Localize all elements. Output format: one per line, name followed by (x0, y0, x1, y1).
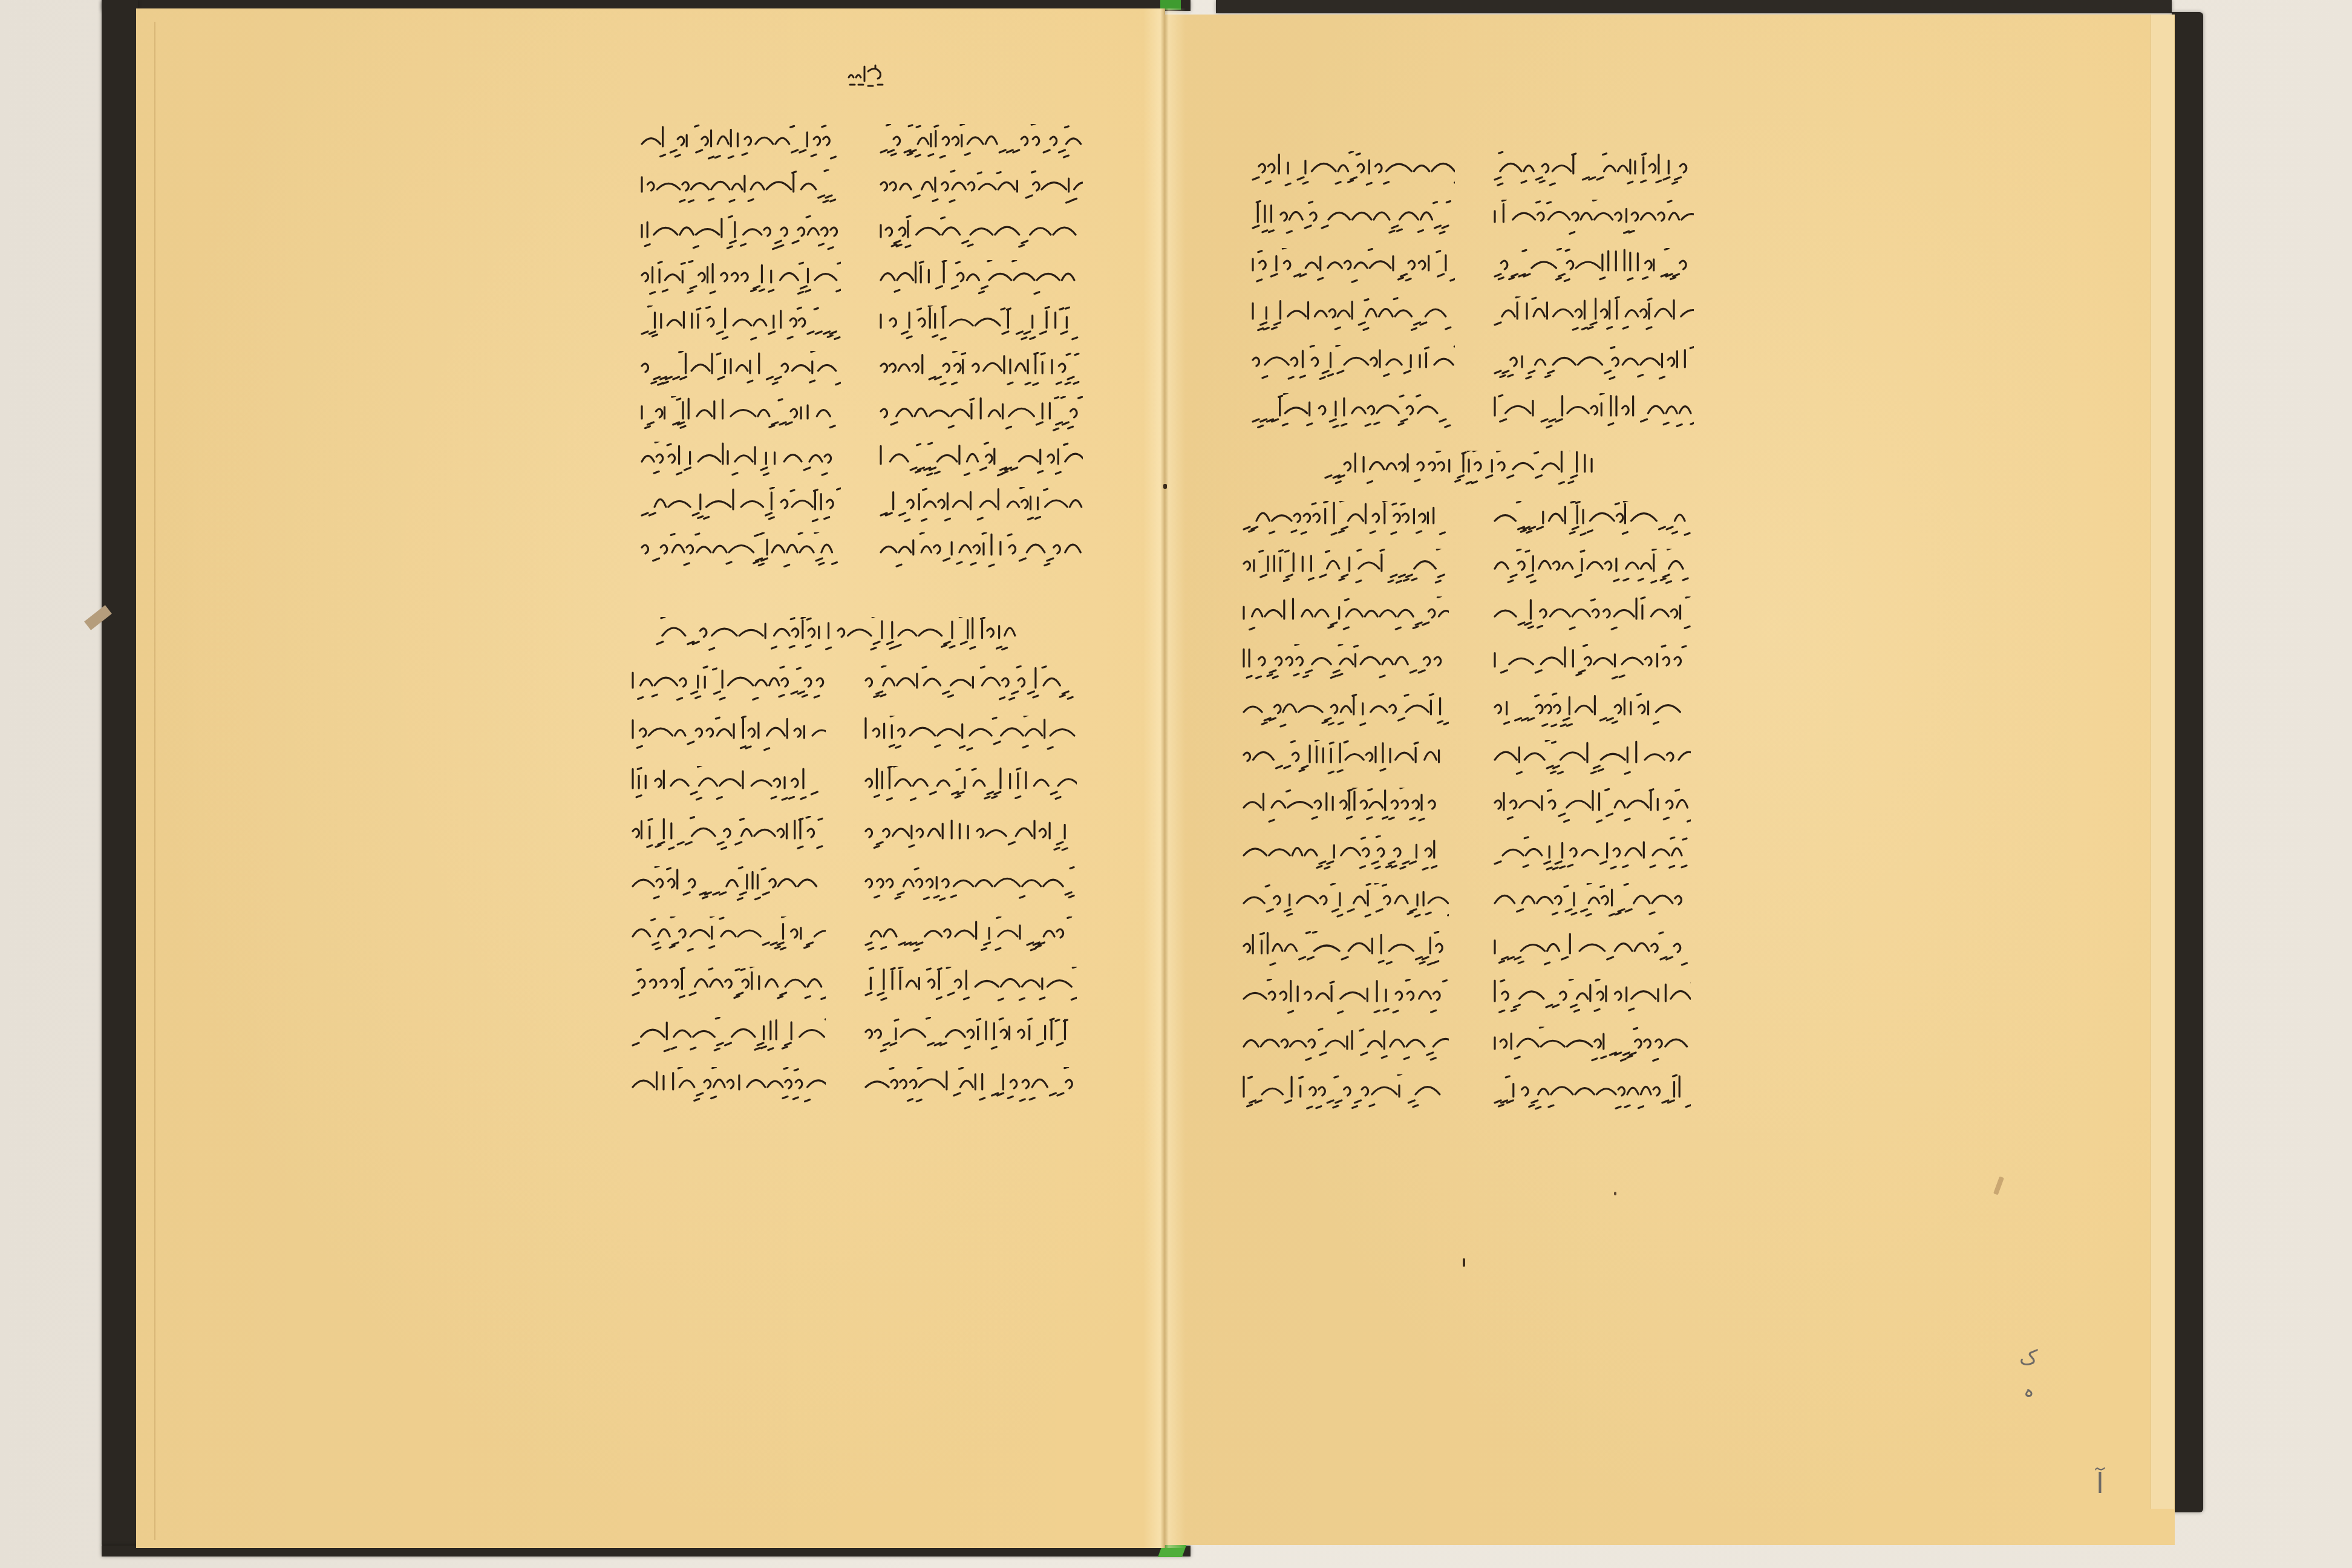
right-page-top-line-4-col-1 (1249, 296, 1455, 333)
left-page-top-line-6-col-1 (638, 351, 841, 387)
right-page-bottom-line-4-col-2 (1491, 644, 1691, 681)
left-page-top-line-3-col-2 (877, 215, 1083, 251)
pencil-margin-mark-1: ک (2019, 1346, 2037, 1370)
left-page-bottom-line-6-col-2 (862, 916, 1077, 953)
right-page-bottom-line-5-col-2 (1491, 692, 1691, 728)
right-page-section-heading (1322, 451, 1603, 485)
right-page-bottom-line-10-col-2 (1491, 931, 1691, 967)
ink-speck (1614, 1192, 1616, 1195)
left-page-bottom-line-8-col-2 (862, 1017, 1077, 1053)
right-page-bottom-line-2-col-2 (1491, 549, 1691, 585)
right-page-top-line-3-col-1 (1249, 248, 1455, 284)
right-page-bottom-line-10-col-1 (1240, 931, 1449, 967)
right-page-top-line-1-col-1 (1249, 151, 1455, 188)
page-header-numeral (844, 60, 892, 91)
book-cover-left-edge (102, 0, 138, 1549)
left-page-bottom-line-7-col-2 (862, 967, 1077, 1003)
right-page-bottom-line-11-col-1 (1240, 979, 1449, 1015)
right-page-top-line-4-col-2 (1491, 296, 1694, 333)
right-page-bottom-line-3-col-2 (1491, 596, 1691, 633)
left-page-top-line-5-col-1 (638, 305, 841, 342)
ink-speck (1463, 1258, 1465, 1267)
right-page-bottom-line-12-col-1 (1240, 1027, 1449, 1063)
left-page-bottom-line-3-col-1 (629, 766, 826, 802)
left-page-bottom-line-6-col-1 (629, 916, 826, 953)
left-page-bottom-line-2-col-1 (629, 716, 826, 752)
book-gutter (1143, 8, 1186, 1548)
left-page-top-line-4-col-1 (638, 260, 841, 296)
right-page-bottom-line-9-col-1 (1240, 883, 1449, 920)
left-page-top-line-1-col-2 (877, 124, 1083, 160)
right-page-top-line-6-col-2 (1491, 393, 1694, 430)
right-page-top-line-3-col-2 (1491, 248, 1694, 284)
left-page-top-line-10-col-1 (638, 532, 841, 569)
left-page-top-line-8-col-2 (877, 442, 1083, 478)
left-page-top-line-9-col-2 (877, 487, 1083, 523)
left-page-top-line-10-col-2 (877, 532, 1083, 569)
left-page-bottom-line-5-col-2 (862, 866, 1077, 903)
right-page (1165, 15, 2175, 1545)
right-page-bottom-line-8-col-1 (1240, 835, 1449, 872)
right-page-bottom-line-7-col-1 (1240, 788, 1449, 824)
page-stack-edge (2151, 15, 2174, 1509)
right-page-bottom-line-3-col-1 (1240, 596, 1449, 633)
right-page-bottom-line-4-col-1 (1240, 644, 1449, 681)
left-page-bottom-line-9-col-2 (862, 1067, 1077, 1103)
right-page-bottom-line-6-col-1 (1240, 740, 1449, 776)
left-page-bottom-line-4-col-2 (862, 816, 1077, 852)
right-page-bottom-line-11-col-2 (1491, 979, 1691, 1015)
right-page-top-line-2-col-1 (1249, 200, 1455, 236)
right-page-bottom-line-1-col-2 (1491, 501, 1691, 537)
book-cover-right-edge (2172, 12, 2203, 1512)
right-page-top-line-2-col-2 (1491, 200, 1694, 236)
left-page-section-heading (653, 617, 1022, 651)
right-page-bottom-line-13-col-2 (1491, 1074, 1691, 1111)
right-page-bottom-line-12-col-2 (1491, 1027, 1691, 1063)
right-page-bottom-line-2-col-1 (1240, 549, 1449, 585)
left-page-bottom-line-1-col-2 (862, 665, 1077, 702)
left-page-bottom-line-8-col-1 (629, 1017, 826, 1053)
left-page-top-line-2-col-1 (638, 169, 841, 206)
right-page-bottom-line-1-col-1 (1240, 501, 1449, 537)
right-page-bottom-line-6-col-2 (1491, 740, 1691, 776)
left-page-top-line-3-col-1 (638, 215, 841, 251)
right-page-top-line-5-col-1 (1249, 345, 1455, 381)
left-page-bottom-line-2-col-2 (862, 716, 1077, 752)
pencil-corner-mark: آ (2096, 1467, 2104, 1500)
book-cover-top-edge-right (1216, 0, 2172, 13)
right-page-bottom-line-9-col-2 (1491, 883, 1691, 920)
pencil-margin-mark-2: ہ (2024, 1380, 2034, 1402)
left-page-top-line-5-col-2 (877, 305, 1083, 342)
ink-speck (1163, 484, 1167, 489)
right-page-bottom-line-13-col-1 (1240, 1074, 1449, 1111)
left-page-bottom-line-5-col-1 (629, 866, 826, 903)
right-page-bottom-line-5-col-1 (1240, 692, 1449, 728)
left-page-top-line-7-col-1 (638, 396, 841, 433)
right-page-top-line-1-col-2 (1491, 151, 1694, 188)
left-page-bottom-line-7-col-1 (629, 967, 826, 1003)
left-page-bottom-line-4-col-1 (629, 816, 826, 852)
left-page-top-line-8-col-1 (638, 442, 841, 478)
right-page-bottom-line-7-col-2 (1491, 788, 1691, 824)
left-page-bottom-line-9-col-1 (629, 1067, 826, 1103)
right-page-top-line-5-col-2 (1491, 345, 1694, 381)
left-page-top-line-1-col-1 (638, 124, 841, 160)
left-page-top-line-2-col-2 (877, 169, 1083, 206)
left-page-top-line-9-col-1 (638, 487, 841, 523)
left-page-top-line-6-col-2 (877, 351, 1083, 387)
left-page-top-line-7-col-2 (877, 396, 1083, 433)
left-page-top-line-4-col-2 (877, 260, 1083, 296)
right-page-top-line-6-col-1 (1249, 393, 1455, 430)
left-page-bottom-line-3-col-2 (862, 766, 1077, 802)
right-page-bottom-line-8-col-2 (1491, 835, 1691, 872)
left-page-bottom-line-1-col-1 (629, 665, 826, 702)
